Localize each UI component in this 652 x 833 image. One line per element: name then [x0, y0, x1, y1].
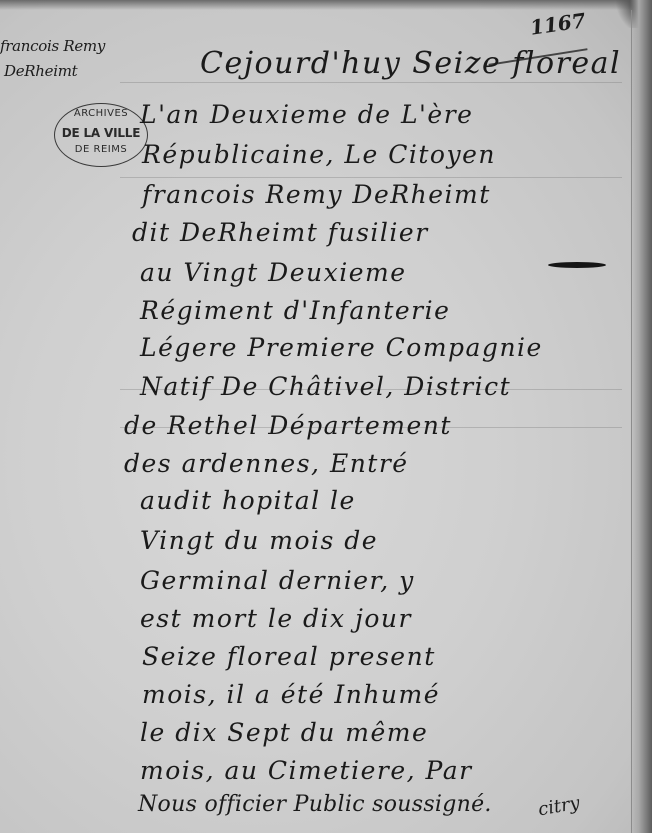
page-right-edge [630, 0, 652, 833]
body-line: le dix Sept du même [140, 718, 428, 747]
body-line: Vingt du mois de [140, 526, 378, 555]
register-page: 1167 francois Remy DeRheimt ARCHIVES DE … [0, 0, 652, 833]
body-line: L'an Deuxieme de L'ère [140, 100, 473, 129]
body-line: mois, il a été Inhumé [142, 680, 440, 709]
stamp-line: DE REIMS [55, 144, 147, 155]
body-line: audit hopital le [140, 486, 356, 515]
body-line: Seize floreal present [142, 642, 436, 671]
folio-number: 1167 [529, 8, 587, 40]
body-line: francois Remy DeRheimt [142, 180, 491, 209]
body-line: Natif De Châtivel, District [140, 372, 511, 401]
body-line: Nous officier Public soussigné. [138, 792, 492, 817]
line-filler-flourish [548, 262, 606, 268]
top-shadow [0, 0, 652, 10]
page-edge-line [631, 10, 632, 833]
ruled-line [120, 82, 622, 83]
body-line: Germinal dernier, y [140, 566, 415, 595]
body-line: Régiment d'Infanterie [140, 296, 450, 325]
body-line: au Vingt Deuxieme [140, 258, 407, 287]
stamp-line: DE LA VILLE [55, 126, 147, 140]
margin-note-line: DeRheimt [0, 59, 140, 84]
ruled-line [120, 177, 622, 178]
body-line: Républicaine, Le Citoyen [142, 140, 496, 169]
body-line: dit DeRheimt fusilier [132, 218, 429, 247]
stamp-line: ARCHIVES [55, 108, 147, 119]
margin-note: francois Remy DeRheimt [0, 34, 140, 84]
archives-stamp: ARCHIVES DE LA VILLE DE REIMS [54, 103, 148, 167]
body-line: de Rethel Département [124, 411, 452, 440]
body-line: est mort le dix jour [140, 604, 412, 633]
body-line: des ardennes, Entré [124, 449, 409, 478]
margin-note-line: francois Remy [0, 34, 140, 59]
body-line: Cejourd'huy Seize floreal [200, 46, 621, 81]
body-line: mois, au Cimetiere, Par [140, 756, 473, 785]
body-line: Légere Premiere Compagnie [140, 333, 543, 362]
signature: citry [536, 793, 581, 821]
